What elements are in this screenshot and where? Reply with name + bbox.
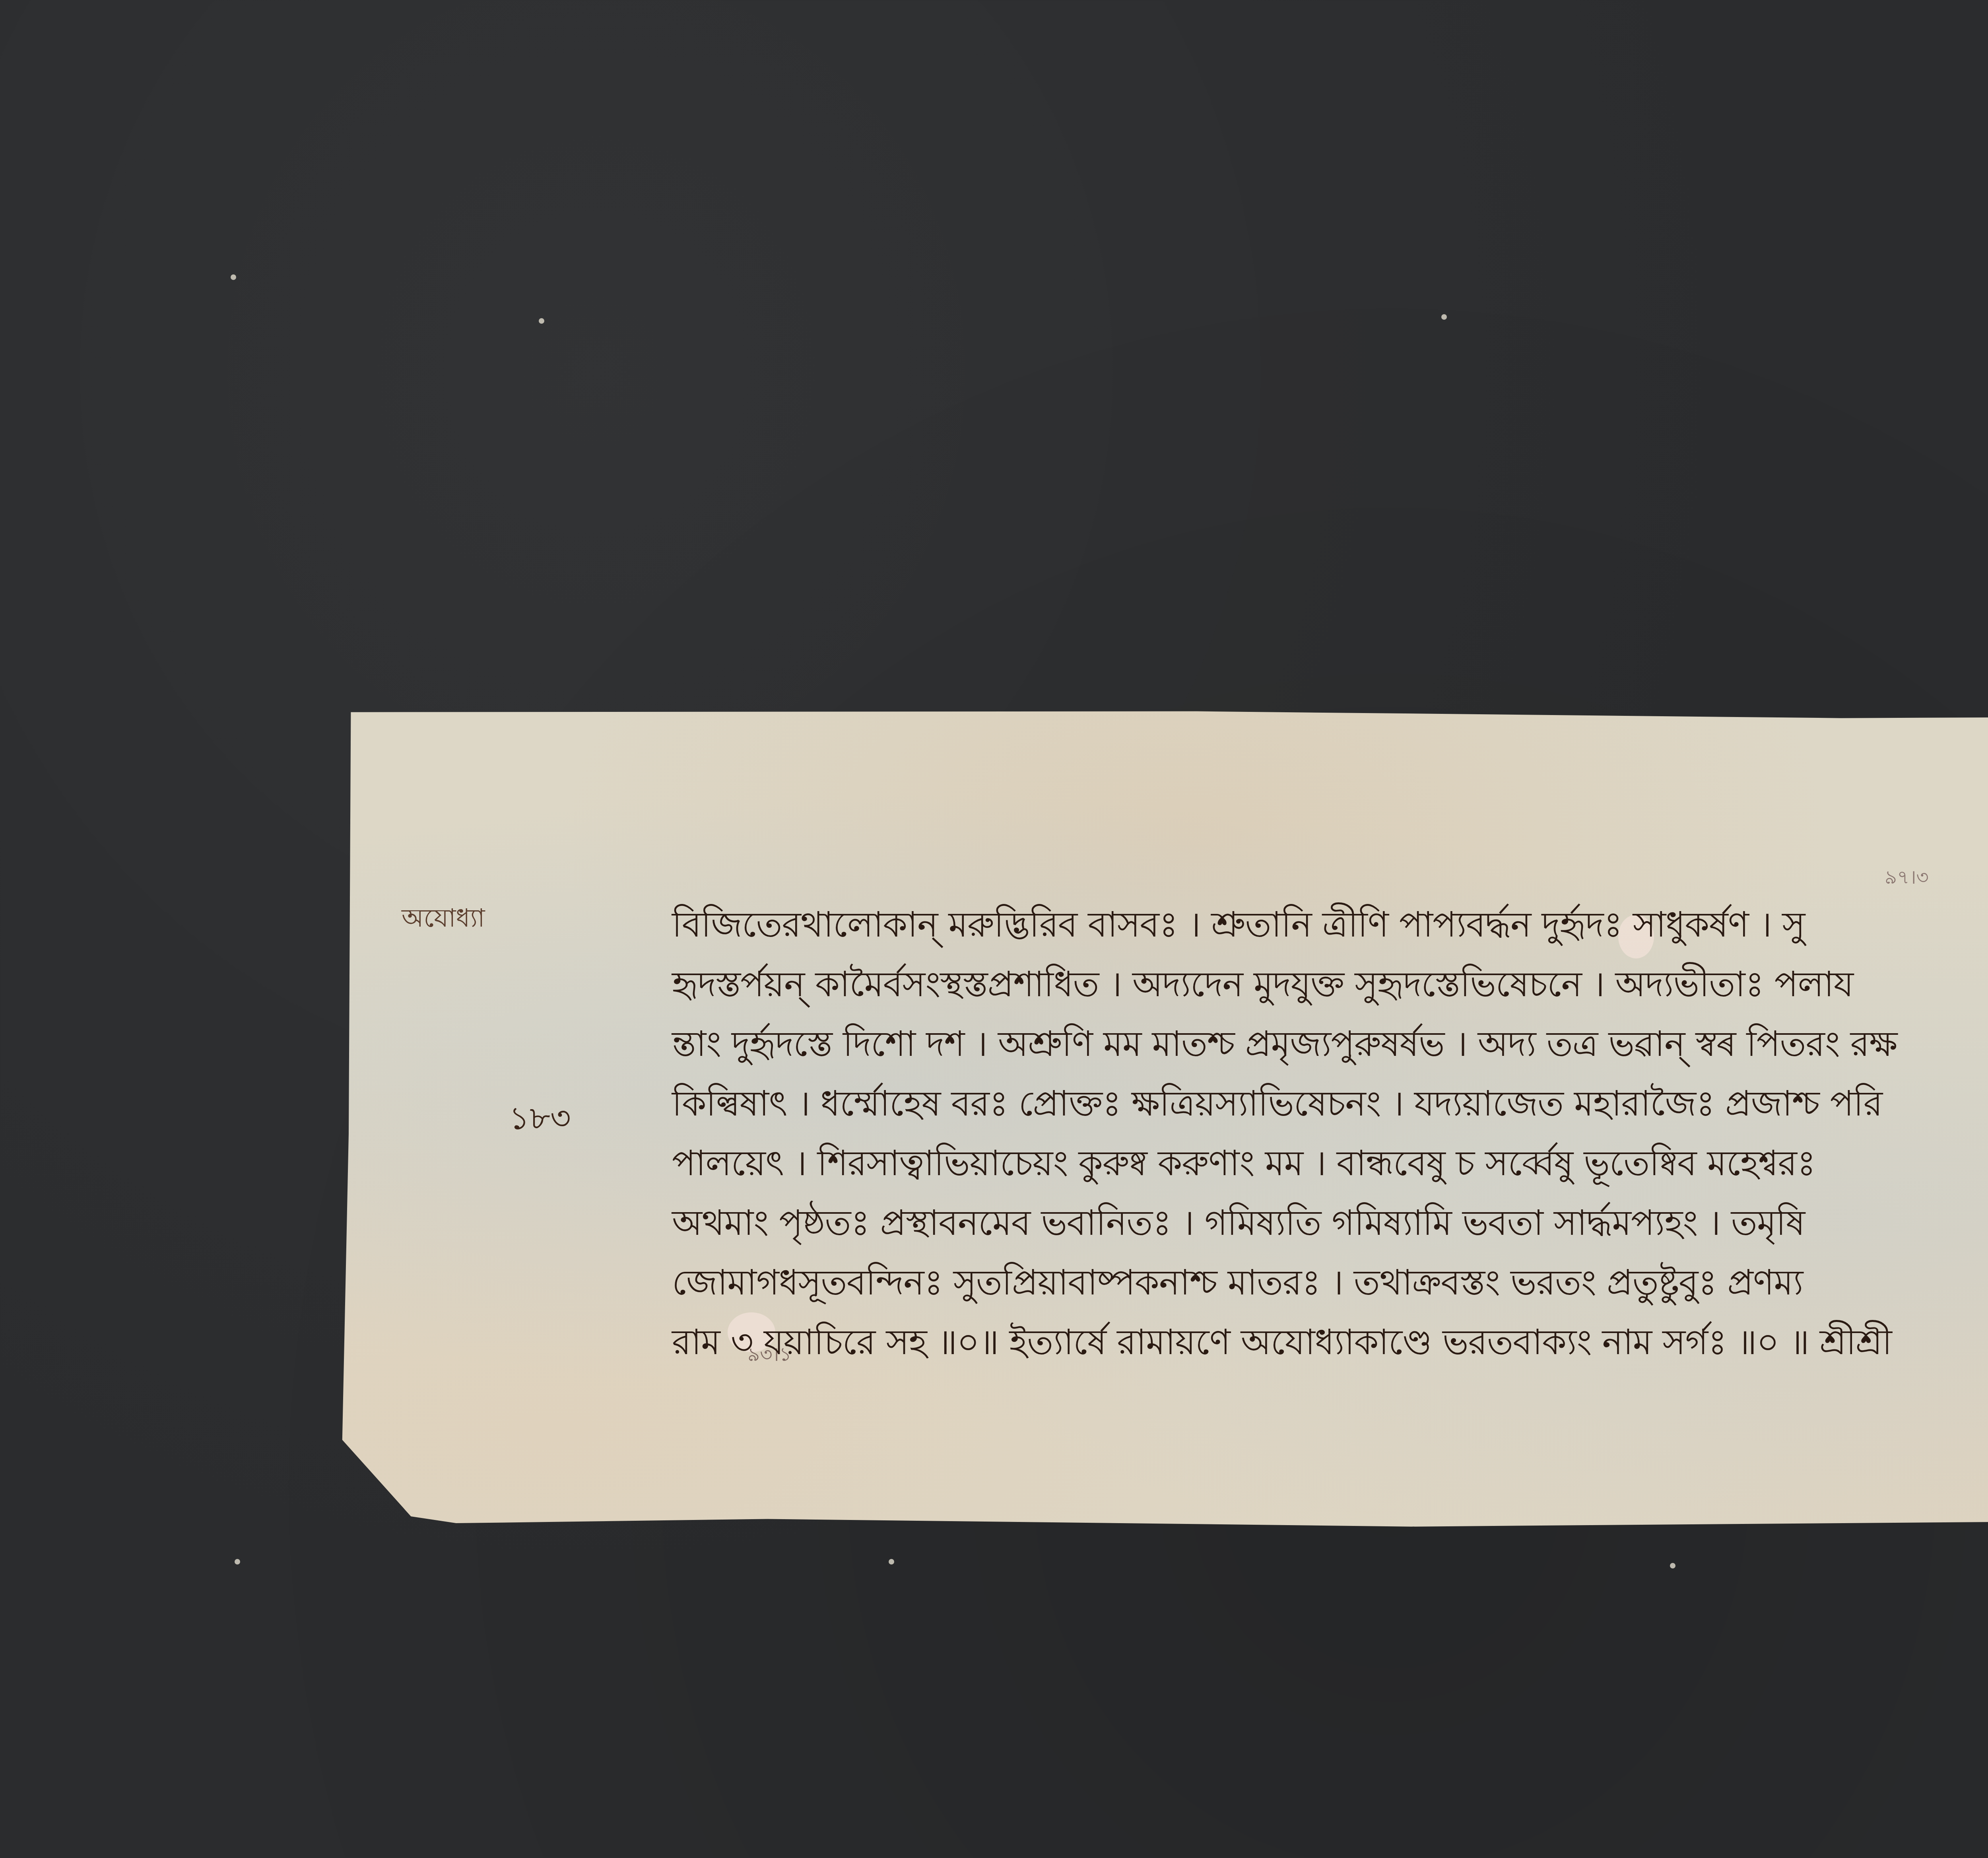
text-line: অথমাং পৃষ্ঠতঃ প্ৰস্থাবনমেব ভবানিতঃ । গমি… — [672, 1193, 1988, 1253]
text-line: কিল্বিষাৎ । ধৰ্ম্মোহেষ বরঃ প্ৰোক্তঃ ক্ষত… — [672, 1074, 1988, 1133]
manuscript-text-block: বিজিতেরথালোকান্ মরুদ্ভিরিব বাসবঃ । শ্রুত… — [672, 895, 1988, 1372]
manuscript-leaf: অযোধ্যা ১৮৩ ৩১৮ ৯৭।৩ ৯৩।১ ৩১২ বিজিতেরথাল… — [338, 708, 1988, 1559]
text-line: হৃদস্তৰ্পয়ন্ কামৈৰ্বসংস্থস্তপ্ৰশাধিত । … — [672, 954, 1988, 1014]
text-line: জোমাগধসূতবন্দিনঃ সুতপ্ৰিয়াবাষ্পকনাশ্চ ম… — [672, 1253, 1988, 1312]
pencil-note-top: ৯৭।৩ — [1885, 863, 1929, 894]
margin-title-ayodhya: অযোধ্যা — [402, 899, 485, 941]
dust-speck — [1670, 1563, 1675, 1568]
dust-speck — [889, 1559, 894, 1565]
text-line: রাম ৩ যয়াচিরে সহ ॥০॥ ইত্যাৰ্ষে রামায়ণে… — [672, 1312, 1988, 1372]
dust-speck — [539, 318, 544, 324]
text-line: ন্তাং দুৰ্হৃদস্তে দিশো দশ । অশ্ৰুণি মম ম… — [672, 1014, 1988, 1074]
text-line: বিজিতেরথালোকান্ মরুদ্ভিরিব বাসবঃ । শ্রুত… — [672, 895, 1988, 954]
folio-number-left: ১৮৩ — [509, 1094, 571, 1147]
dust-speck — [231, 274, 236, 280]
dust-speck — [1441, 314, 1447, 320]
text-line: পালয়েৎ । শিরসাত্বাভিয়াচেয়ং কুরুষ্ব কর… — [672, 1133, 1988, 1193]
dust-speck — [235, 1559, 240, 1565]
